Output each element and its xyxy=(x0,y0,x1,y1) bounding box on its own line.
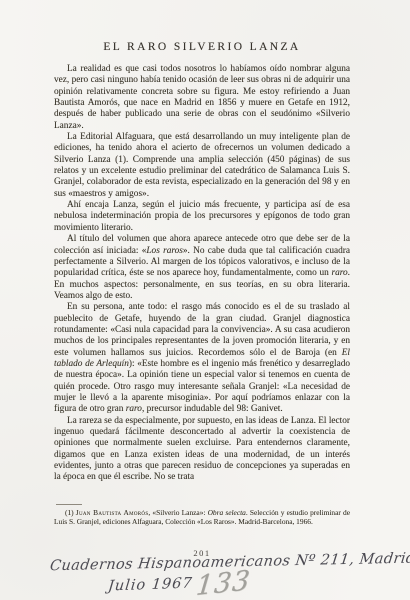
paragraph: La rareza se da especialmente, por supue… xyxy=(54,416,350,484)
paragraph: Al título del volumen que ahora aparece … xyxy=(54,234,350,302)
paragraph: Ahí encaja Lanza, según el juicio más fr… xyxy=(54,200,350,234)
footnote: (1) Juan Bautista Amorós, «Silverio Lanz… xyxy=(54,504,350,527)
paragraph: La realidad es que casi todos nosotros l… xyxy=(54,64,350,132)
article-body: La realidad es que casi todos nosotros l… xyxy=(54,64,350,498)
handwritten-number: 133 xyxy=(194,565,252,600)
paragraph: En su persona, ante todo: el rasgo más c… xyxy=(54,302,350,415)
handwritten-citation-line2: Julio 1967 xyxy=(107,575,193,594)
footnote-separator-rule xyxy=(56,504,82,505)
page-title: EL RARO SILVERIO LANZA xyxy=(54,41,350,53)
footnote-text: (1) Juan Bautista Amorós, «Silverio Lanz… xyxy=(54,508,350,527)
paragraph: La Editorial Alfaguara, que está desarro… xyxy=(54,132,350,200)
scanned-page: EL RARO SILVERIO LANZA La realidad es qu… xyxy=(0,0,410,600)
